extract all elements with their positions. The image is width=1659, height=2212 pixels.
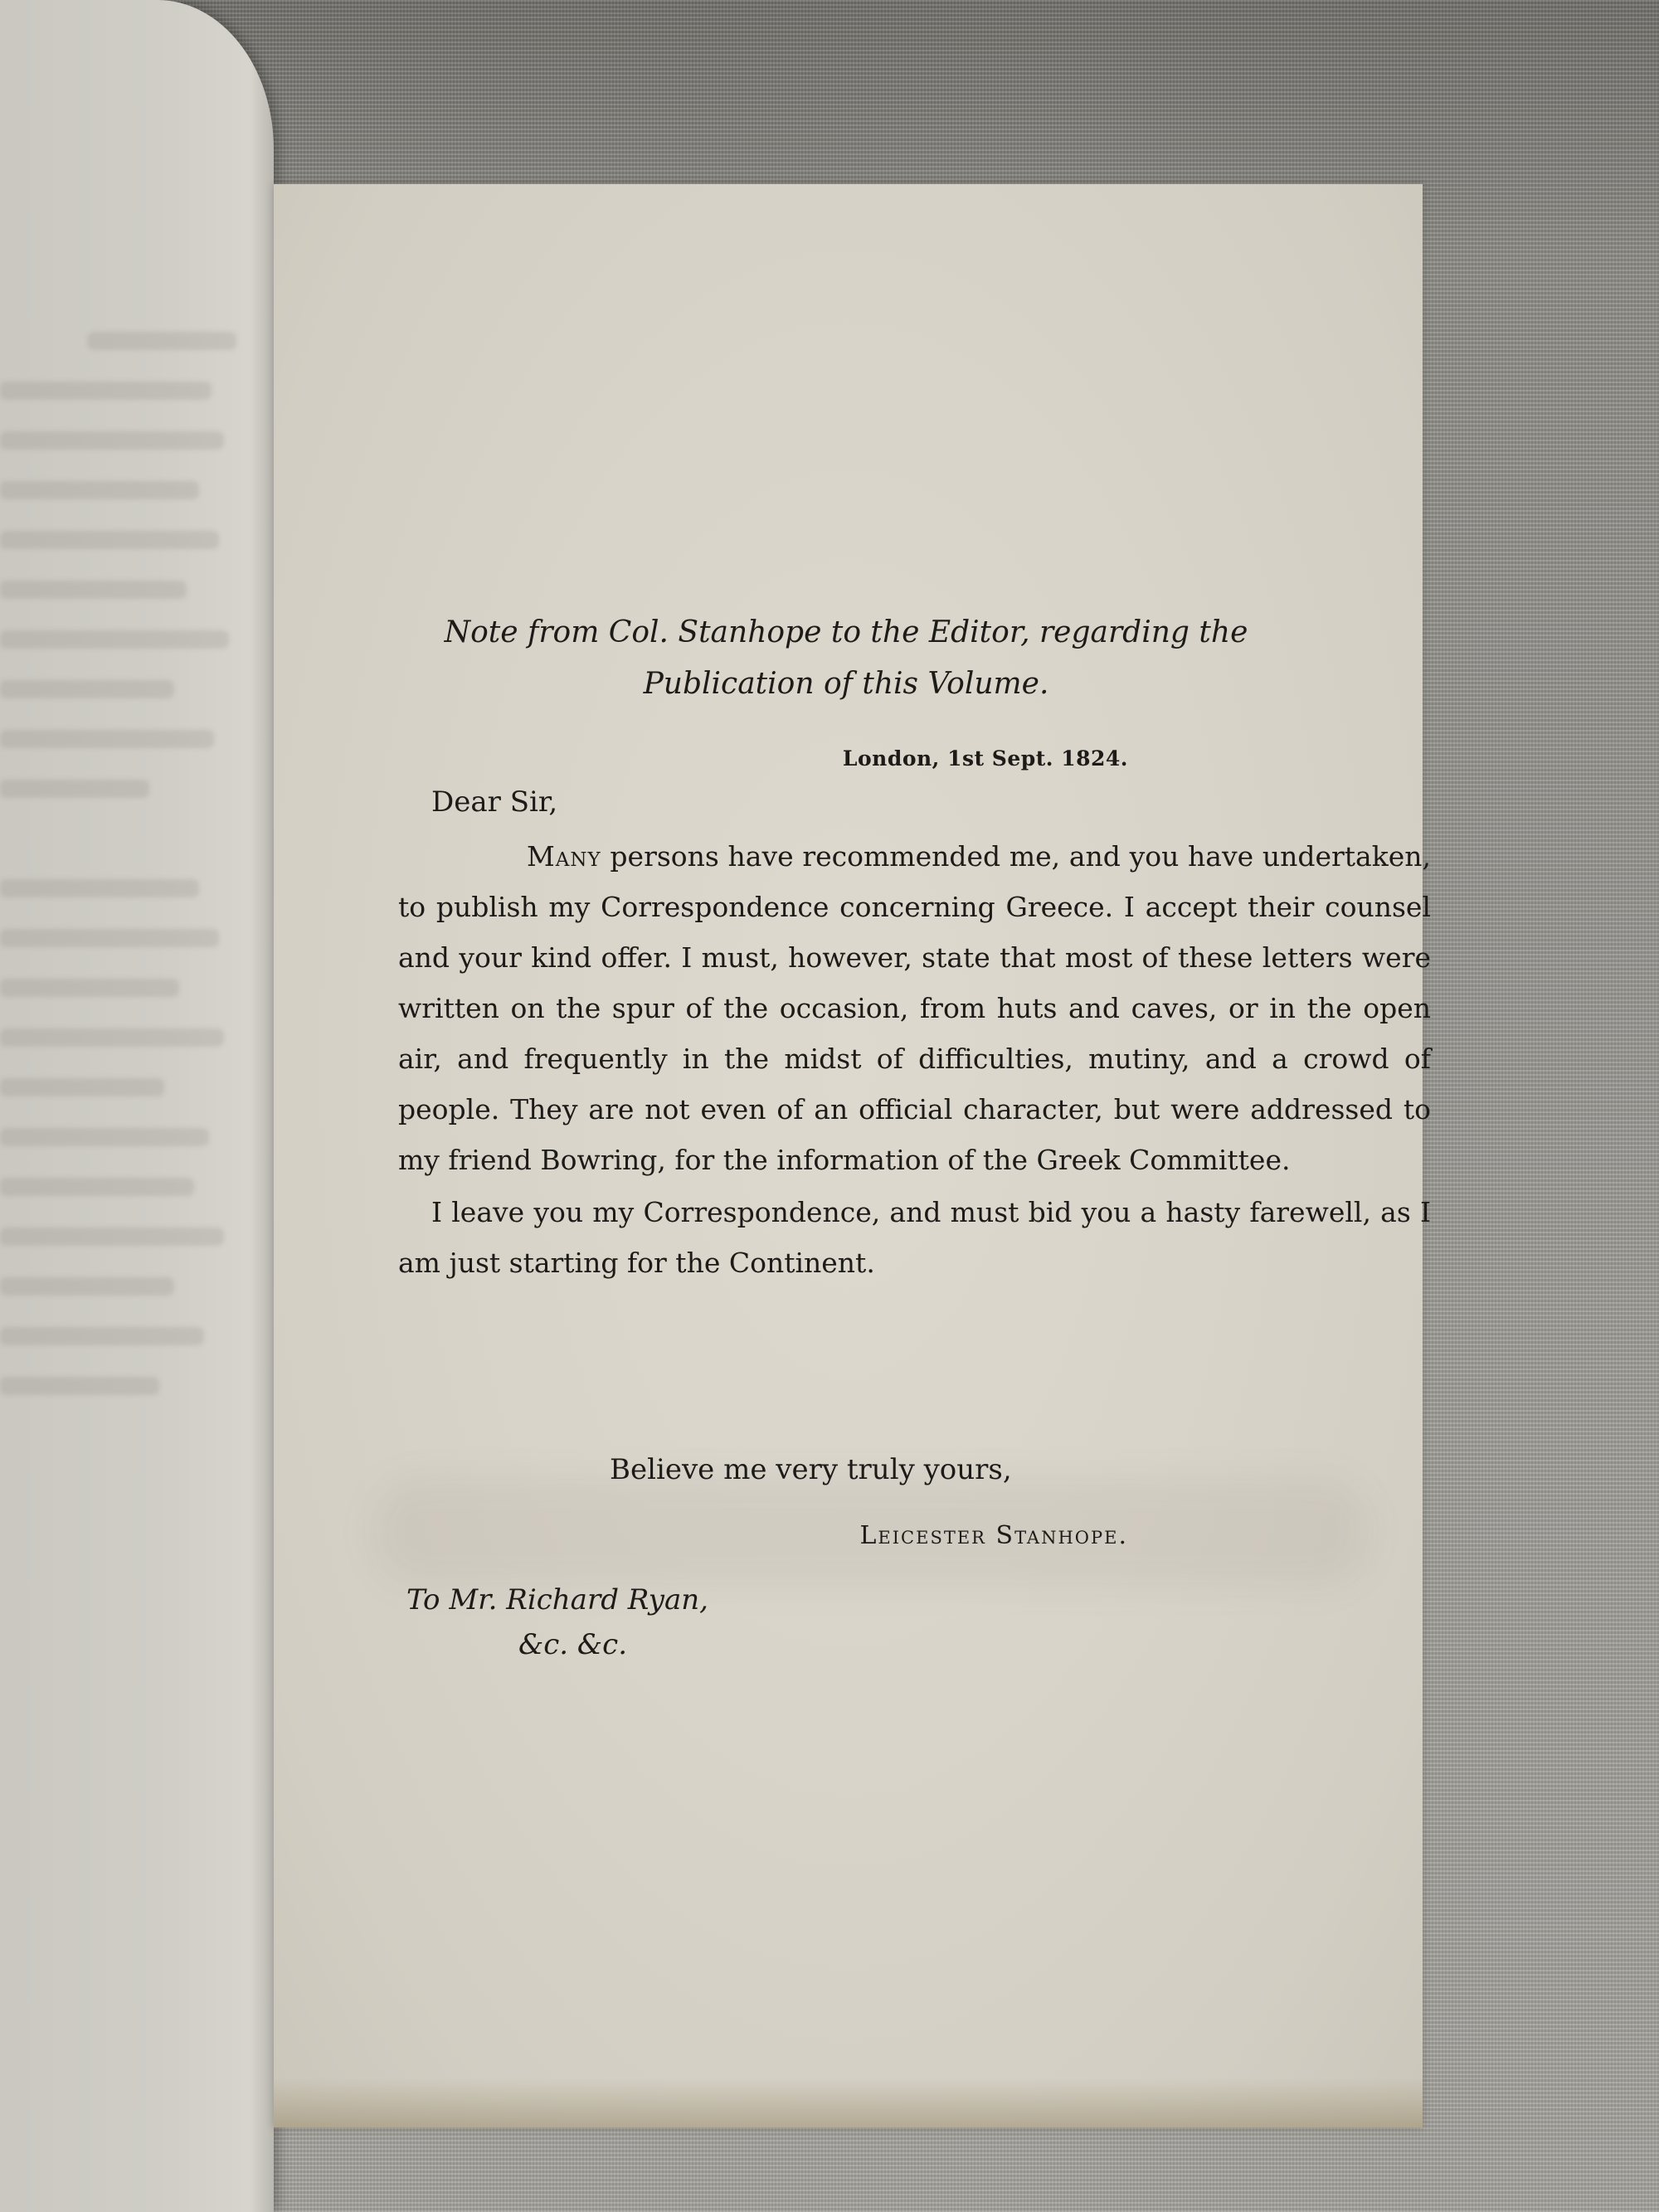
paragraph-1: Many persons have recommended me, and yo… <box>398 831 1431 1185</box>
addressee: To Mr. Richard Ryan, &c. &c. <box>406 1578 708 1667</box>
page-bottom-edge <box>274 2078 1423 2127</box>
note-title-line-2: Publication of this Volume. <box>390 659 1302 710</box>
paragraph-1-text: persons have recommended me, and you hav… <box>398 840 1431 1176</box>
note-title-line-1: Note from Col. Stanhope to the Editor, r… <box>390 607 1302 659</box>
paragraph-2: I leave you my Correspondence, and must … <box>398 1187 1431 1288</box>
closing: Believe me very truly yours, <box>610 1453 1012 1486</box>
addressee-line-2: &c. &c. <box>406 1622 708 1667</box>
note-title: Note from Col. Stanhope to the Editor, r… <box>390 607 1302 710</box>
addressee-line-1: To Mr. Richard Ryan, <box>406 1578 708 1622</box>
left-page-facing <box>0 0 274 2212</box>
date-line: London, 1st Sept. 1824. <box>843 746 1128 771</box>
salutation: Dear Sir, <box>431 785 557 819</box>
right-page: Note from Col. Stanhope to the Editor, r… <box>274 184 1423 2127</box>
paragraph-1-lead: Many <box>527 840 601 873</box>
signature: Leicester Stanhope. <box>860 1521 1129 1550</box>
letter-body: Many persons have recommended me, and yo… <box>398 831 1431 1288</box>
show-through-text <box>0 332 249 1427</box>
